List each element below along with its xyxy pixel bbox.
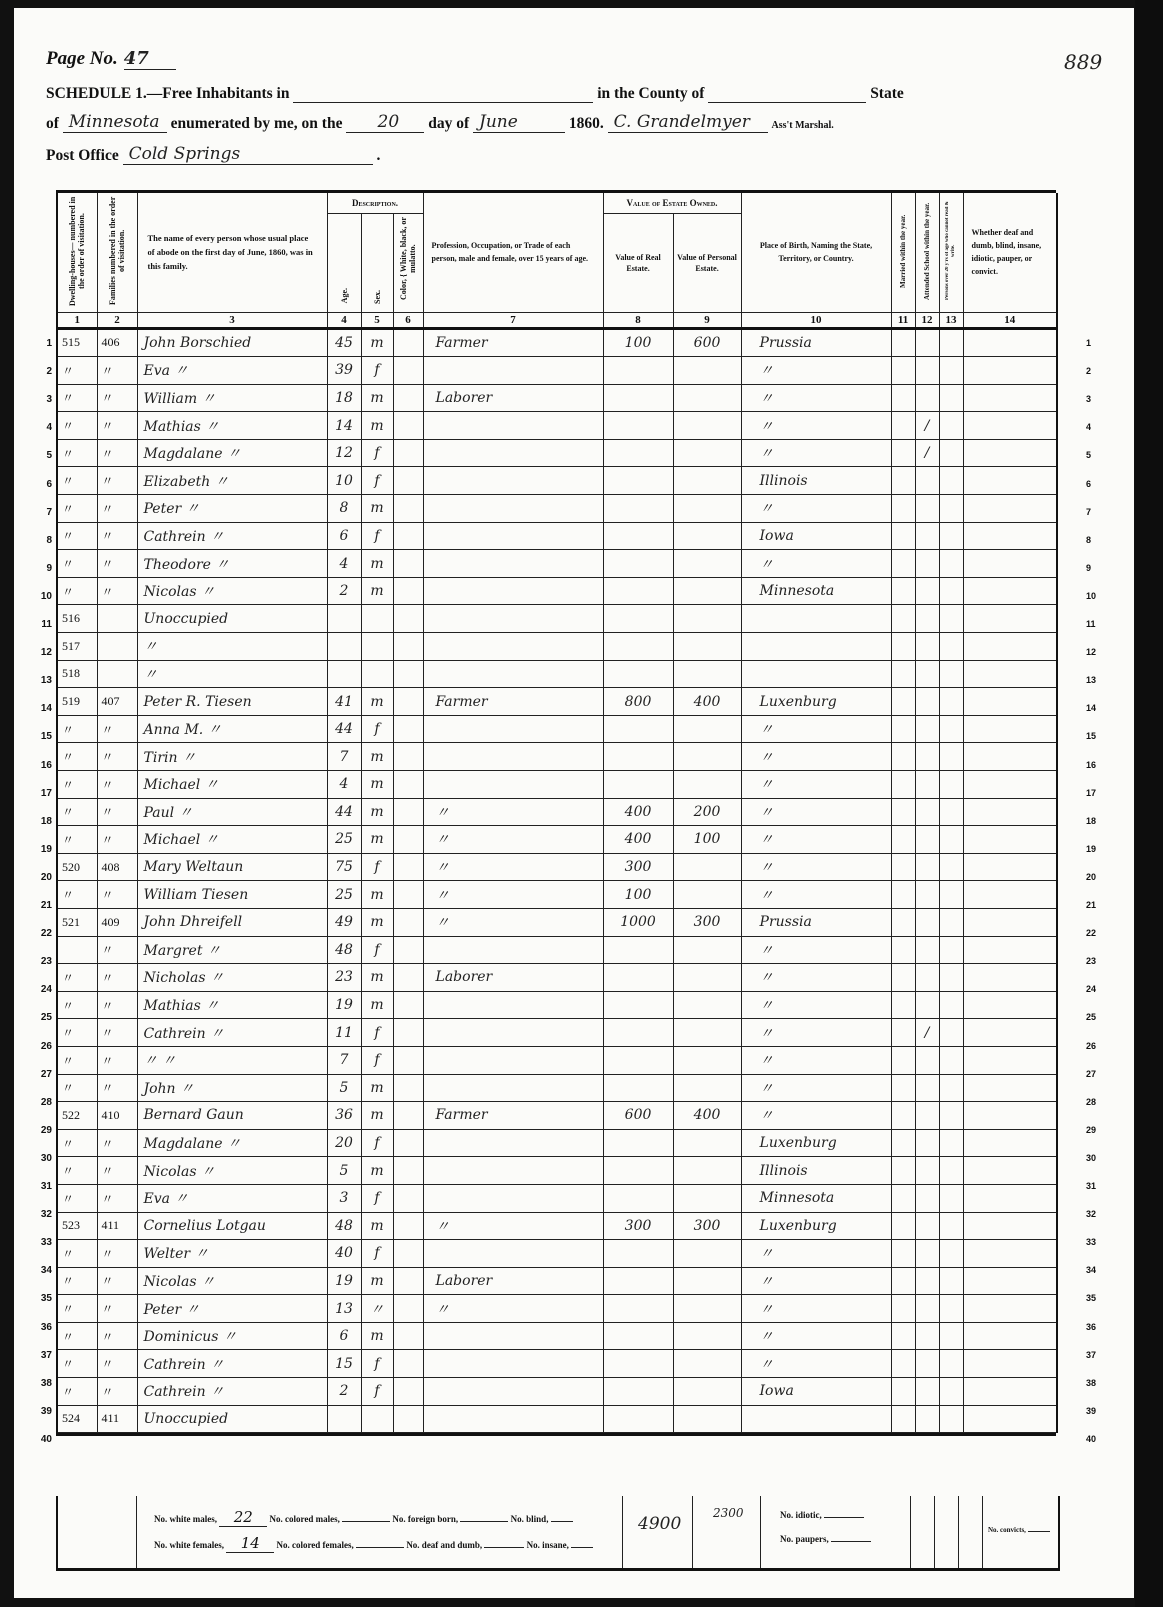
personal-estate-value: 400 (673, 688, 741, 716)
condition (963, 688, 1057, 716)
family-number: 〃 (97, 1184, 137, 1212)
color (393, 853, 423, 881)
line-number: 1 (32, 338, 52, 349)
married-mark (891, 881, 915, 909)
color (393, 743, 423, 771)
table-row: 523411Cornelius Lotgau48m〃300300Luxenbur… (57, 1212, 1057, 1240)
occupation: Laborer (423, 1267, 603, 1295)
line-number-right: 2 (1086, 366, 1091, 376)
line-number: 4 (32, 422, 52, 433)
birthplace (741, 605, 891, 633)
line-number: 26 (32, 1041, 52, 1052)
sex: m (361, 908, 393, 936)
table-row: 〃〃Mathias 〃14m〃/ (57, 412, 1057, 440)
school-mark (915, 467, 939, 495)
family-number: 410 (97, 1102, 137, 1130)
married-mark (891, 1295, 915, 1323)
school-mark: / (915, 439, 939, 467)
age: 13 (327, 1295, 361, 1323)
county-label: in the County of (597, 85, 704, 102)
line-number: 3 (32, 394, 52, 405)
family-number: 〃 (97, 798, 137, 826)
illiterate-mark (939, 384, 963, 412)
illiterate-mark (939, 1102, 963, 1130)
person-name: Magdalane 〃 (137, 439, 327, 467)
family-number: 〃 (97, 881, 137, 909)
real-estate-value (603, 1019, 673, 1047)
illiterate-mark (939, 688, 963, 716)
color (393, 1378, 423, 1406)
illiterate-mark (939, 991, 963, 1019)
real-estate-value (603, 1129, 673, 1157)
occupation: Laborer (423, 384, 603, 412)
school-mark (915, 357, 939, 385)
col-number: 8 (603, 312, 673, 328)
illiterate-mark (939, 1295, 963, 1323)
marshal-name: C. Grandelmyer (608, 112, 750, 132)
occupation (423, 1405, 603, 1433)
real-estate-value (603, 577, 673, 605)
age: 39 (327, 357, 361, 385)
illiterate-mark (939, 550, 963, 578)
color (393, 328, 423, 357)
married-mark (891, 522, 915, 550)
dwelling-number: 〃 (57, 1240, 97, 1268)
person-name: Peter R. Tiesen (137, 688, 327, 716)
sex: m (361, 743, 393, 771)
personal-estate-value (673, 495, 741, 523)
line-number: 35 (32, 1293, 52, 1304)
condition (963, 1157, 1057, 1185)
family-number: 〃 (97, 1350, 137, 1378)
line-number-right: 4 (1086, 422, 1091, 432)
personal-estate-value (673, 1184, 741, 1212)
occupation: Farmer (423, 688, 603, 716)
condition (963, 328, 1057, 357)
illiterate-mark (939, 826, 963, 854)
condition (963, 826, 1057, 854)
marshal-label: Ass't Marshal. (772, 120, 834, 131)
line-number: 37 (32, 1350, 52, 1361)
condition (963, 550, 1057, 578)
occupation (423, 357, 603, 385)
color (393, 1350, 423, 1378)
birthplace: 〃 (741, 1074, 891, 1102)
dwelling-number: 〃 (57, 1267, 97, 1295)
school-mark (915, 908, 939, 936)
line-number-right: 3 (1086, 394, 1091, 404)
idiotic-line: No. idiotic, (780, 1510, 864, 1520)
line-number: 33 (32, 1237, 52, 1248)
dwelling-number: 521 (57, 908, 97, 936)
personal-estate-value (673, 1322, 741, 1350)
line-number-right: 17 (1086, 788, 1096, 798)
table-row: 〃〃Magdalane 〃20fLuxenburg (57, 1129, 1057, 1157)
person-name: Cathrein 〃 (137, 1019, 327, 1047)
age (327, 1405, 361, 1433)
person-name: John Borschied (137, 328, 327, 357)
condition (963, 412, 1057, 440)
convicts-line: No. convicts, (988, 1526, 1050, 1534)
illiterate-mark (939, 1240, 963, 1268)
color (393, 1267, 423, 1295)
occupation: 〃 (423, 881, 603, 909)
illiterate-mark (939, 743, 963, 771)
occupation: 〃 (423, 1212, 603, 1240)
occupation (423, 1322, 603, 1350)
page-number: Page No.47 (46, 48, 176, 70)
dwelling-number: 518 (57, 660, 97, 688)
table-row: 520408Mary Weltaun75f〃300〃 (57, 853, 1057, 881)
color (393, 771, 423, 799)
person-name: Michael 〃 (137, 826, 327, 854)
school-mark (915, 853, 939, 881)
dwelling-number: 〃 (57, 439, 97, 467)
birthplace: Minnesota (741, 577, 891, 605)
real-estate-value (603, 1378, 673, 1406)
person-name: John Dhreifell (137, 908, 327, 936)
personal-estate-value (673, 1240, 741, 1268)
condition (963, 1267, 1057, 1295)
occupation (423, 1019, 603, 1047)
family-number: 〃 (97, 384, 137, 412)
married-mark (891, 826, 915, 854)
real-estate-value (603, 1157, 673, 1185)
birthplace: 〃 (741, 991, 891, 1019)
color (393, 881, 423, 909)
birthplace: 〃 (741, 439, 891, 467)
illiterate-mark (939, 908, 963, 936)
sex: m (361, 688, 393, 716)
line-number: 14 (32, 703, 52, 714)
personal-estate-value (673, 853, 741, 881)
married-mark (891, 384, 915, 412)
color (393, 798, 423, 826)
dwelling-number: 〃 (57, 577, 97, 605)
birthplace: 〃 (741, 1295, 891, 1323)
real-estate-value (603, 991, 673, 1019)
birthplace: 〃 (741, 1267, 891, 1295)
table-row: 516Unoccupied (57, 605, 1057, 633)
age: 19 (327, 991, 361, 1019)
col-header-sex: Sex. (361, 213, 393, 312)
birthplace: Prussia (741, 908, 891, 936)
table-row: 〃〃Magdalane 〃12f〃/ (57, 439, 1057, 467)
real-estate-value (603, 1405, 673, 1433)
illiterate-mark (939, 412, 963, 440)
condition (963, 384, 1057, 412)
occupation (423, 439, 603, 467)
age: 20 (327, 1129, 361, 1157)
summary-row-1: No. white males, 22 No. colored males, N… (154, 1508, 573, 1527)
table-row: 〃〃Eva 〃3fMinnesota (57, 1184, 1057, 1212)
occupation (423, 771, 603, 799)
dwelling-number: 〃 (57, 550, 97, 578)
line-number: 12 (32, 647, 52, 658)
age: 36 (327, 1102, 361, 1130)
person-name: John 〃 (137, 1074, 327, 1102)
sex: m (361, 384, 393, 412)
school-mark (915, 384, 939, 412)
birthplace: Luxenburg (741, 688, 891, 716)
color (393, 1102, 423, 1130)
col-header-school: Attended School within the year. (915, 193, 939, 312)
personal-estate-value (673, 1267, 741, 1295)
table-row: 〃〃Peter 〃8m〃 (57, 495, 1057, 523)
school-mark (915, 633, 939, 661)
line-number: 38 (32, 1378, 52, 1389)
birthplace: Iowa (741, 522, 891, 550)
sex: f (361, 1184, 393, 1212)
line-number: 16 (32, 760, 52, 771)
family-number: 〃 (97, 1019, 137, 1047)
illiterate-mark (939, 1157, 963, 1185)
line-number-right: 28 (1086, 1097, 1096, 1107)
family-number: 〃 (97, 577, 137, 605)
col-header-dwelling: Dwelling-houses— numbered in the order o… (57, 193, 97, 312)
married-mark (891, 577, 915, 605)
family-number: 〃 (97, 936, 137, 964)
illiterate-mark (939, 467, 963, 495)
birthplace: Luxenburg (741, 1212, 891, 1240)
occupation: Farmer (423, 328, 603, 357)
real-estate-total: 4900 (638, 1514, 681, 1534)
color (393, 1322, 423, 1350)
real-estate-value (603, 412, 673, 440)
personal-estate-value (673, 660, 741, 688)
illiterate-mark (939, 1019, 963, 1047)
married-mark (891, 1240, 915, 1268)
real-estate-value: 300 (603, 853, 673, 881)
line-number: 15 (32, 731, 52, 742)
sex: f (361, 1129, 393, 1157)
color (393, 1295, 423, 1323)
sex: m (361, 1267, 393, 1295)
condition (963, 881, 1057, 909)
person-name: Theodore 〃 (137, 550, 327, 578)
foreign-born-count (460, 1521, 508, 1522)
line-number-right: 38 (1086, 1378, 1096, 1388)
real-estate-value: 100 (603, 881, 673, 909)
person-name: Cathrein 〃 (137, 1378, 327, 1406)
age: 11 (327, 1019, 361, 1047)
col-number: 13 (939, 312, 963, 328)
birthplace: 〃 (741, 881, 891, 909)
col-header-estate-group: Value of Estate Owned. (603, 193, 741, 213)
married-mark (891, 412, 915, 440)
line-number-right: 14 (1086, 703, 1096, 713)
dwelling-number: 〃 (57, 771, 97, 799)
line-number-right: 20 (1086, 872, 1096, 882)
state-label: State (870, 85, 904, 102)
condition (963, 1184, 1057, 1212)
col-header-color: Color, { White, black, or mulatto. (393, 213, 423, 312)
birthplace: 〃 (741, 826, 891, 854)
line-number: 27 (32, 1069, 52, 1080)
table-row: 〃〃Nicolas 〃5mIllinois (57, 1157, 1057, 1185)
married-mark (891, 1405, 915, 1433)
personal-estate-value (673, 1129, 741, 1157)
school-mark (915, 964, 939, 992)
person-name: Dominicus 〃 (137, 1322, 327, 1350)
schedule-title: SCHEDULE 1.—Free Inhabitants in (46, 85, 289, 102)
birthplace: 〃 (741, 495, 891, 523)
illiterate-mark (939, 853, 963, 881)
age: 25 (327, 881, 361, 909)
line-number: 39 (32, 1406, 52, 1417)
birthplace: Luxenburg (741, 1129, 891, 1157)
real-estate-value (603, 936, 673, 964)
real-estate-value (603, 605, 673, 633)
personal-estate-value (673, 1295, 741, 1323)
table-row: 〃〃Cathrein 〃2fIowa (57, 1378, 1057, 1406)
white-females-count: 14 (226, 1534, 274, 1553)
personal-estate-value (673, 1019, 741, 1047)
sex: m (361, 328, 393, 357)
line-number: 22 (32, 928, 52, 939)
dwelling-number: 517 (57, 633, 97, 661)
line-number-right: 37 (1086, 1350, 1096, 1360)
sex: m (361, 1074, 393, 1102)
col-header-birthplace: Place of Birth, Naming the State, Territ… (741, 193, 891, 312)
condition (963, 357, 1057, 385)
line-number: 30 (32, 1153, 52, 1164)
col-number: 7 (423, 312, 603, 328)
line-number: 36 (32, 1322, 52, 1333)
col-number: 11 (891, 312, 915, 328)
illiterate-mark (939, 605, 963, 633)
personal-estate-value (673, 1046, 741, 1074)
real-estate-value (603, 495, 673, 523)
birthplace (741, 660, 891, 688)
dwelling-number: 519 (57, 688, 97, 716)
personal-estate-value (673, 964, 741, 992)
color (393, 633, 423, 661)
school-mark (915, 1212, 939, 1240)
color (393, 495, 423, 523)
illiterate-mark (939, 881, 963, 909)
family-number: 407 (97, 688, 137, 716)
married-mark (891, 1074, 915, 1102)
personal-estate-value (673, 1350, 741, 1378)
married-mark (891, 1378, 915, 1406)
line-number-right: 31 (1086, 1181, 1096, 1191)
color (393, 1129, 423, 1157)
county-field (708, 82, 866, 103)
sex: m (361, 495, 393, 523)
school-mark (915, 1129, 939, 1157)
age: 3 (327, 1184, 361, 1212)
line-number-right: 26 (1086, 1041, 1096, 1051)
school-mark (915, 1267, 939, 1295)
personal-estate-value (673, 550, 741, 578)
line-number: 34 (32, 1265, 52, 1276)
family-number: 411 (97, 1405, 137, 1433)
personal-estate-value (673, 467, 741, 495)
sex: m (361, 991, 393, 1019)
line-number: 19 (32, 844, 52, 855)
person-name: Michael 〃 (137, 771, 327, 799)
birthplace: 〃 (741, 936, 891, 964)
table-row: 〃〃John 〃5m〃 (57, 1074, 1057, 1102)
dwelling-number: 〃 (57, 964, 97, 992)
dwelling-number: 〃 (57, 881, 97, 909)
line-number-right: 34 (1086, 1265, 1096, 1275)
sex: m (361, 964, 393, 992)
person-name: Bernard Gaun (137, 1102, 327, 1130)
line-number-right: 7 (1086, 507, 1091, 517)
age: 25 (327, 826, 361, 854)
real-estate-value (603, 467, 673, 495)
school-mark (915, 1157, 939, 1185)
married-mark (891, 936, 915, 964)
age: 4 (327, 550, 361, 578)
sex: m (361, 771, 393, 799)
line-number-right: 25 (1086, 1012, 1096, 1022)
family-number (97, 660, 137, 688)
school-mark: / (915, 412, 939, 440)
illiterate-mark (939, 357, 963, 385)
occupation (423, 1350, 603, 1378)
age: 14 (327, 412, 361, 440)
condition (963, 908, 1057, 936)
real-estate-value (603, 1267, 673, 1295)
color (393, 467, 423, 495)
family-number: 〃 (97, 964, 137, 992)
real-estate-value: 400 (603, 826, 673, 854)
age: 15 (327, 1350, 361, 1378)
line-number: 11 (32, 619, 52, 630)
color (393, 826, 423, 854)
condition (963, 660, 1057, 688)
condition (963, 1322, 1057, 1350)
line-number: 24 (32, 984, 52, 995)
family-number: 406 (97, 328, 137, 357)
color (393, 550, 423, 578)
table-row: 517 〃 (57, 633, 1057, 661)
age: 41 (327, 688, 361, 716)
table-row: 518 〃 (57, 660, 1057, 688)
age: 7 (327, 743, 361, 771)
age: 75 (327, 853, 361, 881)
condition (963, 633, 1057, 661)
year-label: 1860. (569, 115, 604, 132)
sex: f (361, 357, 393, 385)
illiterate-mark (939, 936, 963, 964)
color (393, 688, 423, 716)
illiterate-mark (939, 1074, 963, 1102)
line-number-right: 16 (1086, 760, 1096, 770)
occupation: Laborer (423, 964, 603, 992)
illiterate-mark (939, 577, 963, 605)
occupation (423, 1157, 603, 1185)
dwelling-number: 〃 (57, 1046, 97, 1074)
birthplace: 〃 (741, 550, 891, 578)
color (393, 908, 423, 936)
married-mark (891, 467, 915, 495)
col-header-occupation: Profession, Occupation, or Trade of each… (423, 193, 603, 312)
real-estate-value (603, 384, 673, 412)
birthplace: 〃 (741, 853, 891, 881)
color (393, 1240, 423, 1268)
family-number: 〃 (97, 467, 137, 495)
real-estate-value: 800 (603, 688, 673, 716)
personal-estate-value (673, 743, 741, 771)
birthplace: 〃 (741, 412, 891, 440)
line-number: 20 (32, 872, 52, 883)
sex: f (361, 936, 393, 964)
dwelling-number: 〃 (57, 1074, 97, 1102)
